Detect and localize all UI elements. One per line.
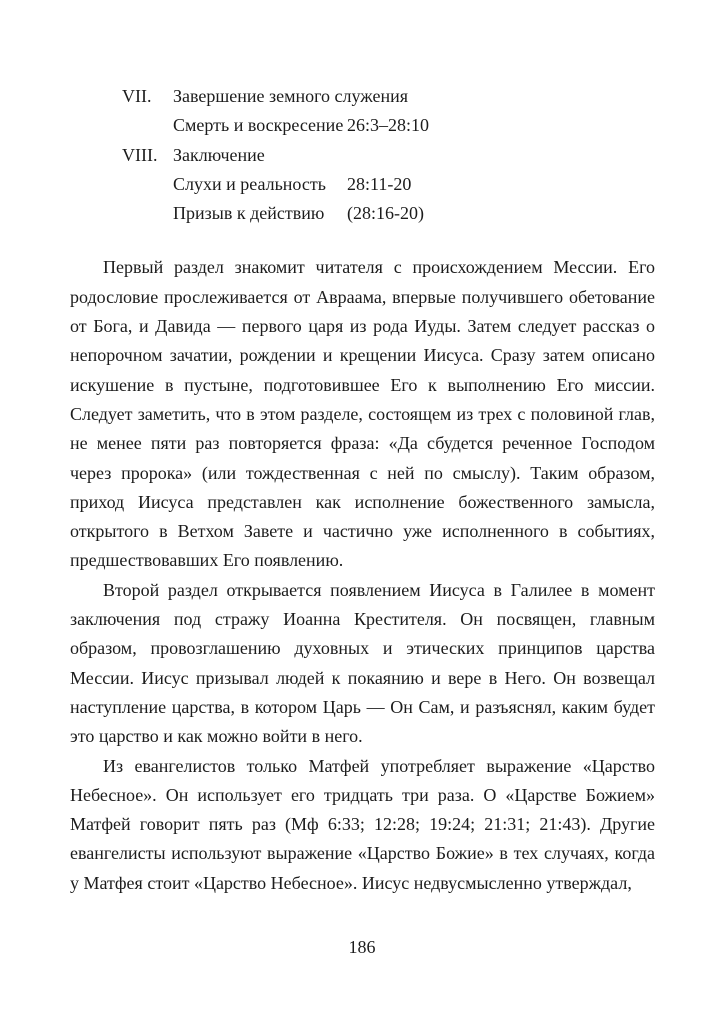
outline-title: Смерть и воскресение (173, 111, 347, 140)
body-paragraph: Второй раздел открывается появлением Иис… (70, 576, 655, 752)
body-paragraph: Первый раздел знакомит читателя с происх… (70, 253, 655, 575)
outline-ref: 26:3–28:10 (347, 111, 655, 140)
page-content: VII. Завершение земного служения Смерть … (70, 82, 655, 898)
outline-ref: 28:11-20 (347, 170, 655, 199)
outline-row: Смерть и воскресение 26:3–28:10 (122, 111, 655, 140)
body-paragraph: Из евангелистов только Матфей употребляе… (70, 752, 655, 898)
outline-row: Слухи и реальность 28:11-20 (122, 170, 655, 199)
outline-title: Завершение земного служения (173, 82, 408, 111)
outline-numeral: VIII. (122, 141, 173, 170)
outline-title: Заключение (173, 141, 347, 170)
outline-row: VII. Завершение земного служения (122, 82, 655, 111)
outline-row: Призыв к действию (28:16-20) (122, 199, 655, 228)
outline-ref: (28:16-20) (347, 199, 655, 228)
outline-numeral: VII. (122, 82, 173, 111)
outline-row: VIII. Заключение (122, 141, 655, 170)
chapter-outline: VII. Завершение земного служения Смерть … (70, 82, 655, 228)
outline-title: Призыв к действию (173, 199, 347, 228)
page-number: 186 (0, 936, 724, 958)
document-page: VII. Завершение земного служения Смерть … (0, 0, 724, 1024)
outline-title: Слухи и реальность (173, 170, 347, 199)
body-text: Первый раздел знакомит читателя с происх… (70, 253, 655, 898)
